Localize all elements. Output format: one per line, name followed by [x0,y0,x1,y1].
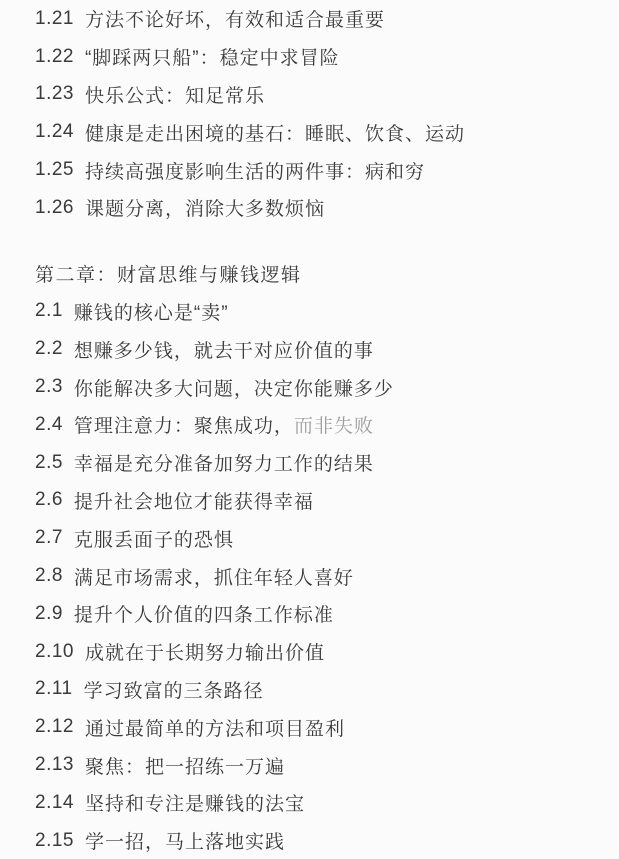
toc-item: 2.12 通过最简单的方法和项目盈利 [35,708,609,746]
item-title-faded: 而非失败 [294,411,374,438]
item-title: 赚钱的核心是“卖” [74,298,229,325]
toc-item: 2.9 提升个人价值的四条工作标准 [35,595,609,633]
toc-item: 1.22 “脚踩两只船”：稳定中求冒险 [35,38,609,76]
toc-item: 1.21 方法不论好坏，有效和适合最重要 [35,0,609,38]
item-title: 聚焦：把一招练一万遍 [85,752,285,779]
toc-item: 2.1 赚钱的核心是“卖” [35,293,609,331]
item-number: 2.6 [35,489,63,511]
toc-item: 2.8 满足市场需求，抓住年轻人喜好 [35,557,609,595]
item-number: 2.8 [35,565,63,587]
item-title: 学习致富的三条路径 [84,676,264,703]
item-title: “脚踩两只船”：稳定中求冒险 [85,43,340,70]
item-number: 1.21 [35,8,74,30]
toc-item: 2.7 克服丢面子的恐惧 [35,519,609,557]
item-title: 课题分离，消除大多数烦恼 [85,194,325,221]
toc-item: 2.11 学习致富的三条路径 [35,671,609,709]
item-number: 2.7 [35,527,63,549]
item-number: 1.22 [35,46,74,68]
item-title: 管理注意力：聚焦成功， [74,411,294,438]
item-title: 学一招，马上落地实践 [85,827,285,854]
toc-item: 1.23 快乐公式：知足常乐 [35,76,609,114]
item-title: 提升社会地位才能获得幸福 [74,487,314,514]
item-number: 2.5 [35,452,63,474]
item-number: 2.9 [35,603,63,625]
item-title: 持续高强度影响生活的两件事：病和穷 [85,157,425,184]
item-title: 通过最简单的方法和项目盈利 [85,714,345,741]
item-title: 想赚多少钱，就去干对应价值的事 [74,336,374,363]
item-number: 1.24 [35,121,74,143]
item-number: 2.12 [35,716,74,738]
toc-item: 2.14 坚持和专注是赚钱的法宝 [35,784,609,822]
item-number: 1.26 [35,197,74,219]
item-number: 1.25 [35,159,74,181]
toc-item: 2.10 成就在于长期努力输出价值 [35,633,609,671]
toc-item: 2.15 学一招，马上落地实践 [35,822,609,859]
item-number: 2.10 [35,641,74,663]
item-title: 幸福是充分准备加努力工作的结果 [74,449,374,476]
toc-item: 1.24 健康是走出困境的基石：睡眠、饮食、运动 [35,113,609,151]
item-number: 1.23 [35,83,74,105]
document-page: 1.21 方法不论好坏，有效和适合最重要 1.22 “脚踩两只船”：稳定中求冒险… [0,0,619,859]
item-title: 健康是走出困境的基石：睡眠、饮食、运动 [85,119,465,146]
toc-item: 2.13 聚焦：把一招练一万遍 [35,746,609,784]
item-title: 满足市场需求，抓住年轻人喜好 [74,563,354,590]
toc-item: 2.2 想赚多少钱，就去干对应价值的事 [35,330,609,368]
chapter-heading: 第二章：财富思维与赚钱逻辑 [35,255,609,293]
item-title: 坚持和专注是赚钱的法宝 [85,789,305,816]
item-number: 2.3 [35,376,63,398]
toc-item: 2.6 提升社会地位才能获得幸福 [35,482,609,520]
item-number: 2.2 [35,338,63,360]
toc-item: 2.4 管理注意力：聚焦成功， 而非失败 [35,406,609,444]
toc-item: 2.5 幸福是充分准备加努力工作的结果 [35,444,609,482]
item-number: 2.15 [35,830,74,852]
item-title: 成就在于长期努力输出价值 [85,638,325,665]
item-number: 2.14 [35,792,74,814]
toc-item: 1.25 持续高强度影响生活的两件事：病和穷 [35,151,609,189]
item-number: 2.4 [35,414,63,436]
item-title: 快乐公式：知足常乐 [85,81,265,108]
toc-item: 1.26 课题分离，消除大多数烦恼 [35,189,609,227]
item-title: 方法不论好坏，有效和适合最重要 [85,5,385,32]
item-title: 克服丢面子的恐惧 [74,525,234,552]
item-number: 2.1 [35,300,63,322]
item-number: 2.11 [35,678,73,700]
item-number: 2.13 [35,754,74,776]
chapter-heading-text: 第二章：财富思维与赚钱逻辑 [35,260,302,287]
item-title: 你能解决多大问题，决定你能赚多少 [74,374,394,401]
table-of-contents: 1.21 方法不论好坏，有效和适合最重要 1.22 “脚踩两只船”：稳定中求冒险… [0,0,619,859]
toc-item: 2.3 你能解决多大问题，决定你能赚多少 [35,368,609,406]
item-title: 提升个人价值的四条工作标准 [74,600,334,627]
